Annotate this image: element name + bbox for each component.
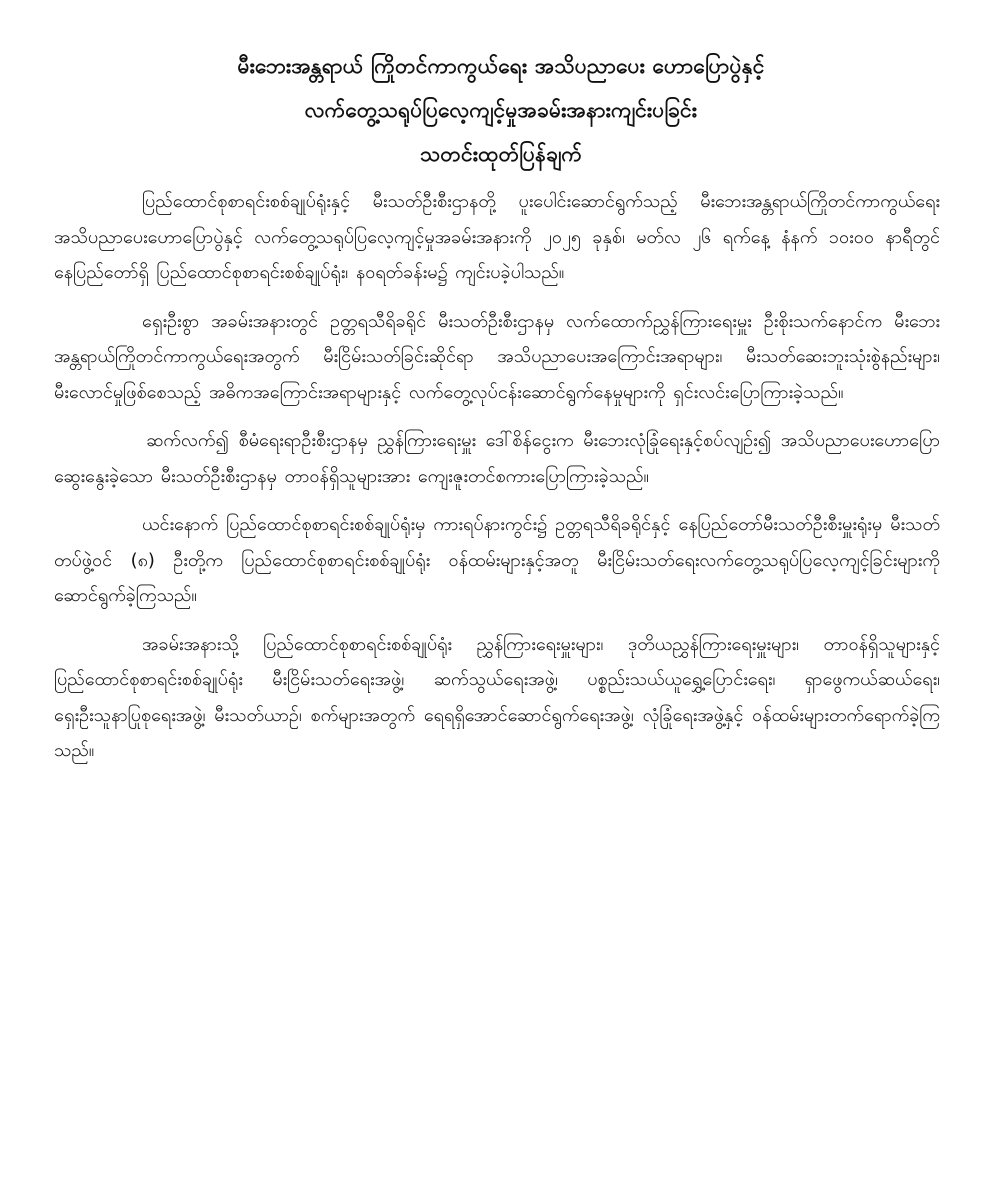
title-line-1: မီးဘေးအန္တရာယ် ကြိုတင်ကာကွယ်ရေး အသိပညာပေ… [60, 44, 942, 88]
paragraph-event-intro: ပြည်ထောင်စုစာရင်းစစ်ချုပ်ရုံးနှင့် မီးသတ… [54, 184, 940, 291]
paragraph-opening-talk: ရှေးဦးစွာ အခမ်းအနားတွင် ဥတ္တရသီရိခရိုင် … [54, 304, 940, 411]
paragraph-demonstration: ယင်းနောက် ပြည်ထောင်စုစာရင်းစစ်ချုပ်ရုံးမ… [54, 507, 940, 614]
title-line-2: လက်တွေ့သရုပ်ပြလေ့ကျင့်မှုအခမ်းအနားကျင်းပ… [60, 88, 942, 132]
document-title: မီးဘေးအန္တရာယ် ကြိုတင်ကာကွယ်ရေး အသိပညာပေ… [60, 44, 942, 176]
title-line-3: သတင်းထုတ်ပြန်ချက် [60, 132, 942, 176]
paragraph-attendees: အခမ်းအနားသို့ ပြည်ထောင်စုစာရင်းစစ်ချုပ်ရ… [54, 627, 940, 769]
press-release-page: မီးဘေးအန္တရာယ် ကြိုတင်ကာကွယ်ရေး အသိပညာပေ… [0, 0, 1002, 1200]
paragraph-thanks-speech: ဆက်လက်၍ စီမံရေးရာဦးစီးဌာနမှ ညွှန်ကြားရေး… [54, 423, 940, 494]
document-body: ပြည်ထောင်စုစာရင်းစစ်ချုပ်ရုံးနှင့် မီးသတ… [54, 184, 940, 782]
